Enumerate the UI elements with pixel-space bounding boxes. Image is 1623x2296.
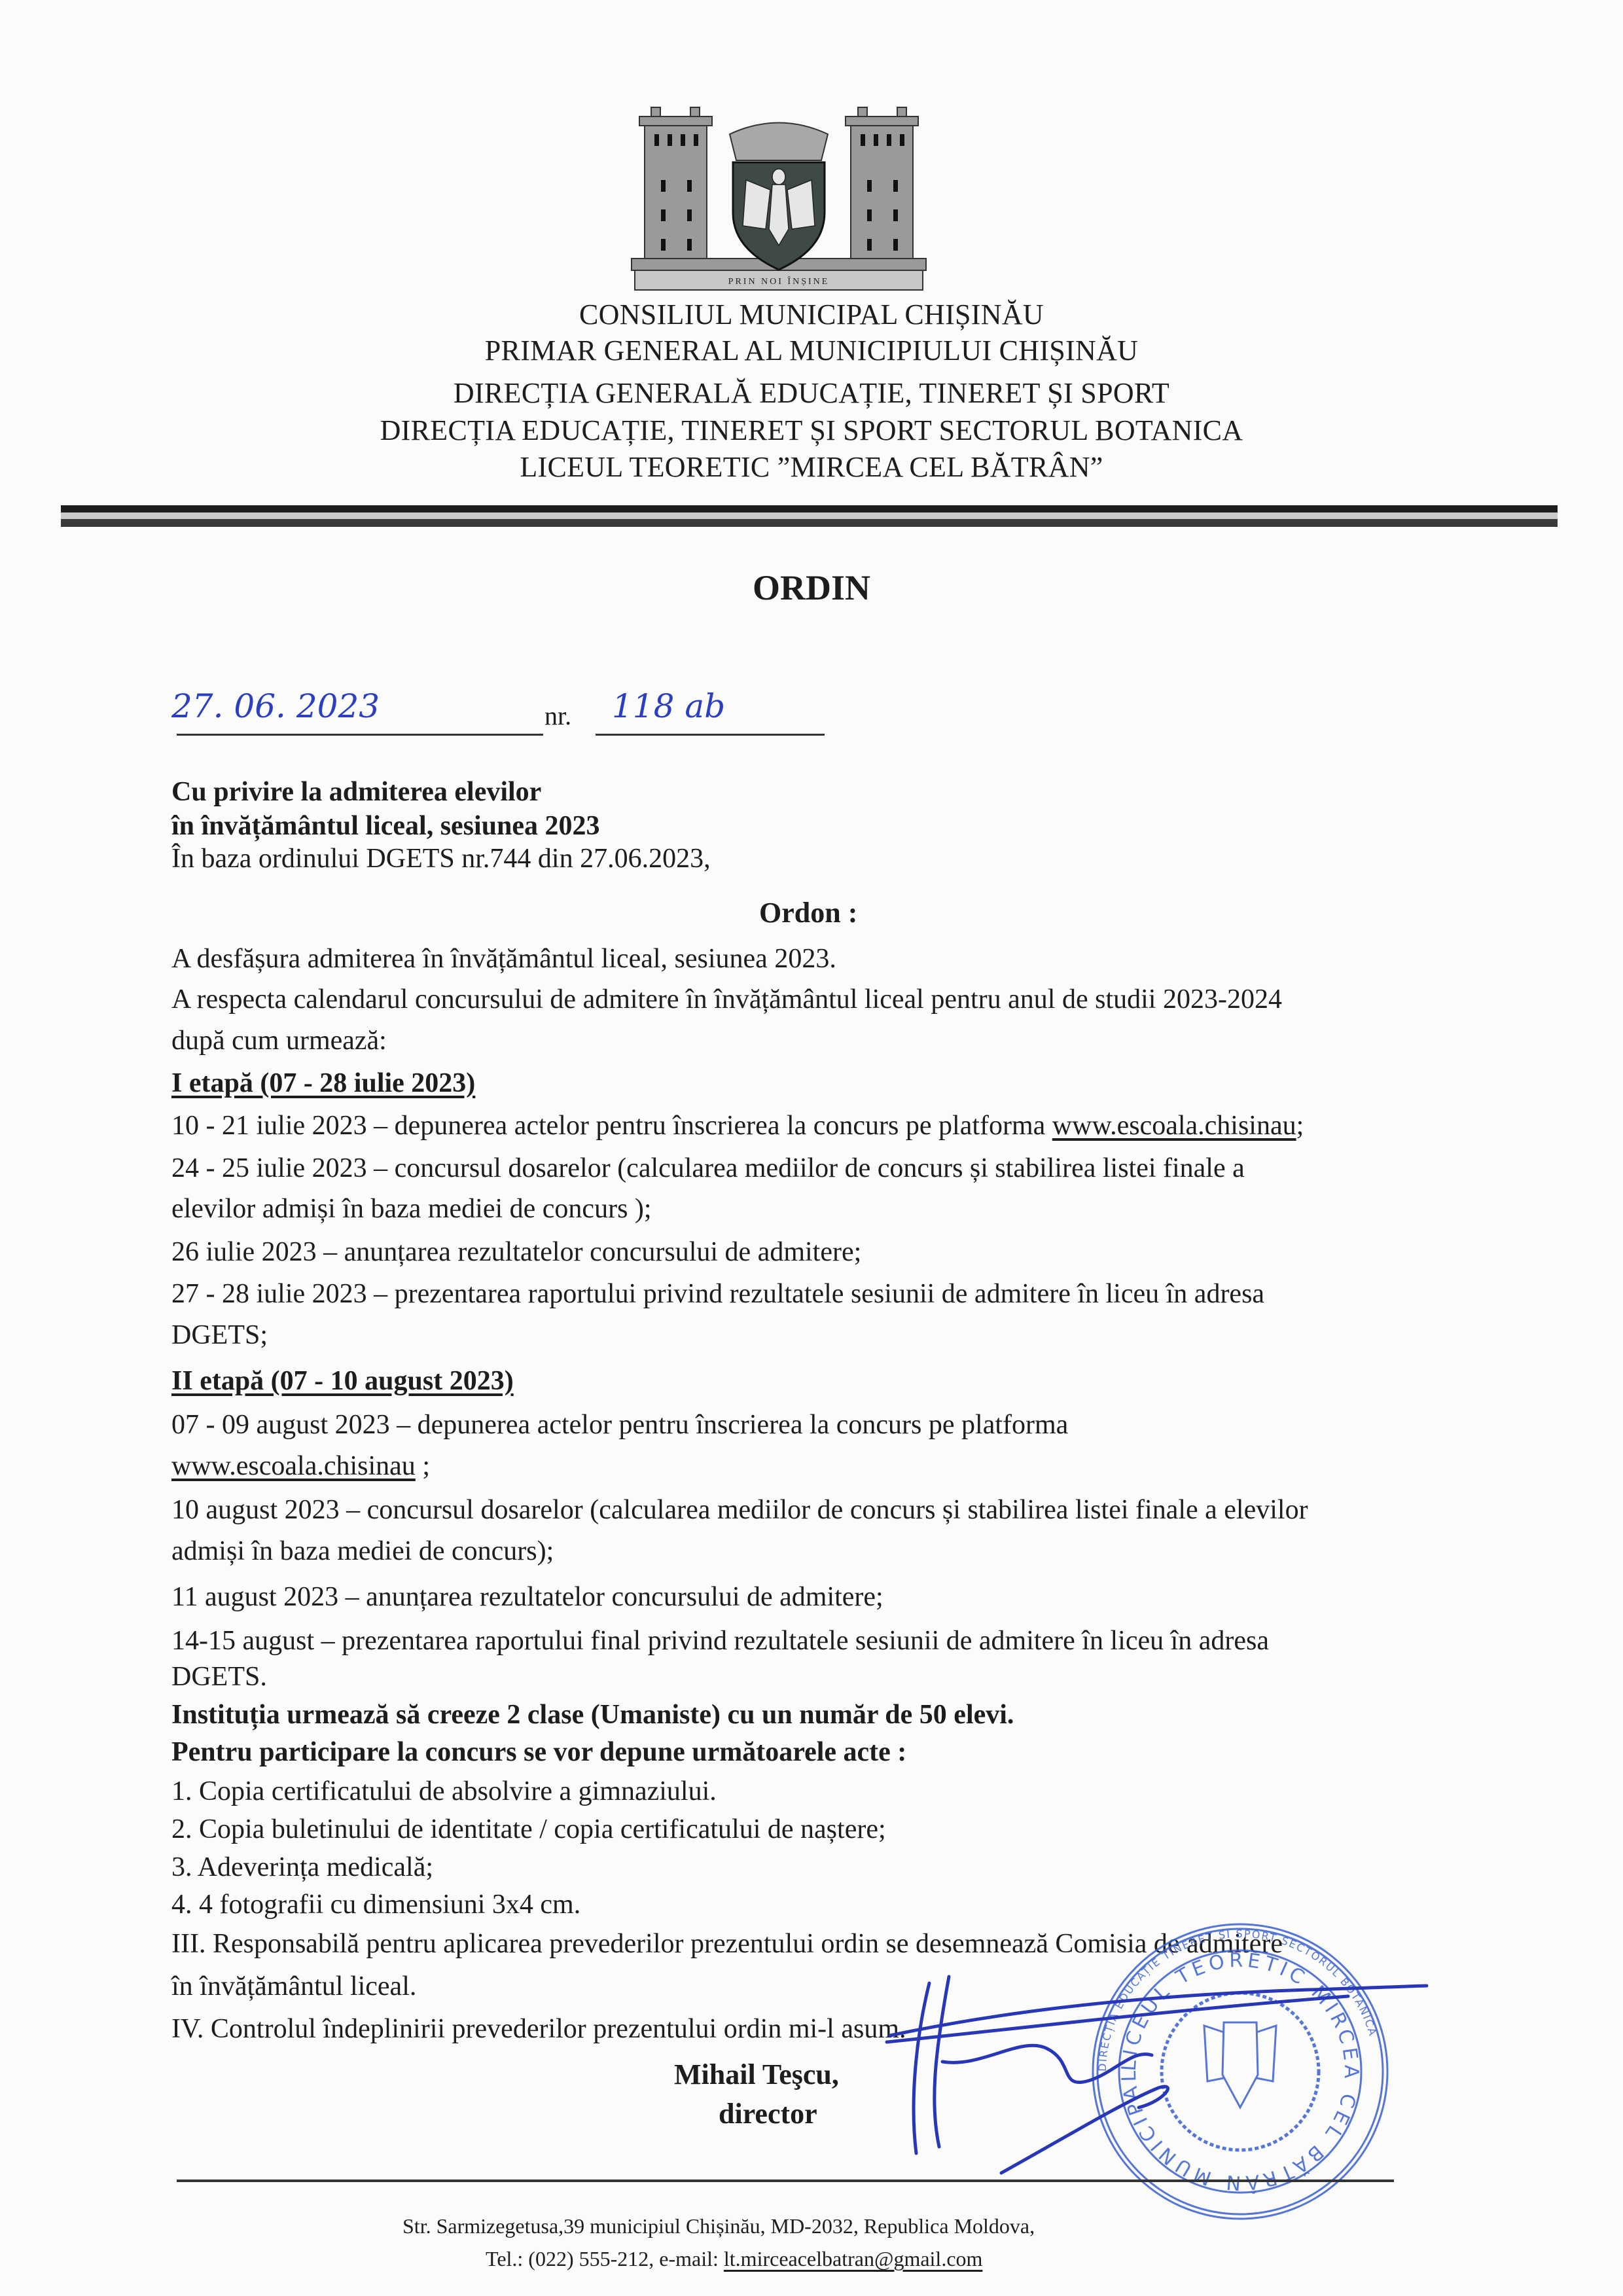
header-school: LICEUL TEORETIC ”MIRCEA CEL BĂTRÂN”	[0, 450, 1623, 484]
documents-heading: Pentru participare la concurs se vor dep…	[171, 1736, 906, 1768]
header-divider	[61, 505, 1558, 529]
footer-divider	[177, 2179, 1394, 2182]
stage-2-item-4: 14-15 august – prezentarea raportului fi…	[171, 1624, 1269, 1657]
number-label: nr.	[544, 700, 571, 731]
ordon-heading: Ordon :	[759, 897, 857, 929]
footer-address: Str. Sarmizegetusa,39 municipiul Chișină…	[402, 2214, 1035, 2238]
signatory-name: Mihail Teşcu,	[674, 2058, 839, 2091]
number-handwritten: 118 ab	[612, 687, 725, 725]
stage-1-item-3: 26 iulie 2023 – anunțarea rezultatelor c…	[171, 1236, 861, 1268]
document-item-2: 2. Copia buletinului de identitate / cop…	[171, 1813, 886, 1846]
clause-4: IV. Controlul îndeplinirii prevederilor …	[171, 2013, 906, 2045]
stage-2-item-1: 07 - 09 august 2023 – depunerea actelor …	[171, 1408, 1068, 1441]
footer-email-link[interactable]: lt.mirceacelbatran@gmail.com	[724, 2247, 983, 2270]
stage-2-item-4-cont: DGETS.	[171, 1660, 267, 1693]
header-directorate-general: DIRECȚIA GENERALĂ EDUCAȚIE, TINERET ȘI S…	[0, 376, 1623, 410]
chisinau-coat-of-arms-icon: PRIN NOI ÎNȘINE	[625, 98, 933, 295]
stage-1-item-2: 24 - 25 iulie 2023 – concursul dosarelor…	[171, 1152, 1245, 1185]
footer-contact: Tel.: (022) 555-212, e-mail: lt.mirceace…	[486, 2246, 982, 2271]
clause-3-cont: în învățământul liceal.	[171, 1970, 416, 2003]
header-directorate-sector: DIRECȚIA EDUCAȚIE, TINERET ȘI SPORT SECT…	[0, 414, 1623, 448]
header-mayor: PRIMAR GENERAL AL MUNICIPIULUI CHIȘINĂU	[0, 334, 1623, 368]
escoala-link[interactable]: www.escoala.chisinau	[1052, 1111, 1296, 1141]
stage-1-item-1: 10 - 21 iulie 2023 – depunerea actelor p…	[171, 1109, 1304, 1142]
svg-text:PRIN NOI ÎNȘINE: PRIN NOI ÎNȘINE	[728, 276, 830, 287]
subject-line-2: în învățământul liceal, sesiunea 2023	[171, 810, 600, 842]
stage-2-item-2: 10 august 2023 – concursul dosarelor (ca…	[171, 1494, 1308, 1526]
classes-note: Instituția urmează să creeze 2 clase (Um…	[171, 1698, 1014, 1731]
intro-line-2: A respecta calendarul concursului de adm…	[171, 983, 1282, 1016]
stage-1-heading: I etapă (07 - 28 iulie 2023)	[171, 1067, 475, 1100]
stage-2-heading: II etapă (07 - 10 august 2023)	[171, 1365, 514, 1397]
document-item-3: 3. Adeverința medicală;	[171, 1851, 433, 1884]
escoala-link-2[interactable]: www.escoala.chisinau	[171, 1451, 416, 1481]
handwritten-signature-icon	[851, 1957, 1440, 2179]
document-item-1: 1. Copia certificatului de absolvire a g…	[171, 1775, 717, 1808]
intro-line-1: A desfășura admiterea în învățământul li…	[171, 942, 836, 975]
stage-1-item-4-cont: DGETS;	[171, 1319, 268, 1352]
stage-2-item-3: 11 august 2023 – anunțarea rezultatelor …	[171, 1581, 883, 1613]
stage-1-item-2-cont: elevilor admiși în baza mediei de concur…	[171, 1193, 652, 1225]
date-handwritten: 27. 06. 2023	[171, 687, 380, 725]
signatory-role: director	[719, 2098, 817, 2130]
legal-basis: În baza ordinului DGETS nr.744 din 27.06…	[171, 842, 711, 875]
intro-line-3: după cum urmează:	[171, 1024, 387, 1057]
footer-phone: Tel.: (022) 555-212, e-mail:	[486, 2247, 724, 2270]
document-title: ORDIN	[0, 568, 1623, 607]
header-council: CONSILIUL MUNICIPAL CHIȘINĂU	[0, 298, 1623, 332]
subject-line-1: Cu privire la admiterea elevilor	[171, 776, 541, 808]
stage-1-item-1-text: 10 - 21 iulie 2023 – depunerea actelor p…	[171, 1111, 1052, 1141]
stage-2-item-1-cont: www.escoala.chisinau ;	[171, 1450, 430, 1482]
stage-1-item-4: 27 - 28 iulie 2023 – prezentarea raportu…	[171, 1278, 1264, 1310]
document-item-4: 4. 4 fotografii cu dimensiuni 3x4 cm.	[171, 1888, 580, 1921]
stage-2-item-2-cont: admiși în baza mediei de concurs);	[171, 1535, 554, 1568]
